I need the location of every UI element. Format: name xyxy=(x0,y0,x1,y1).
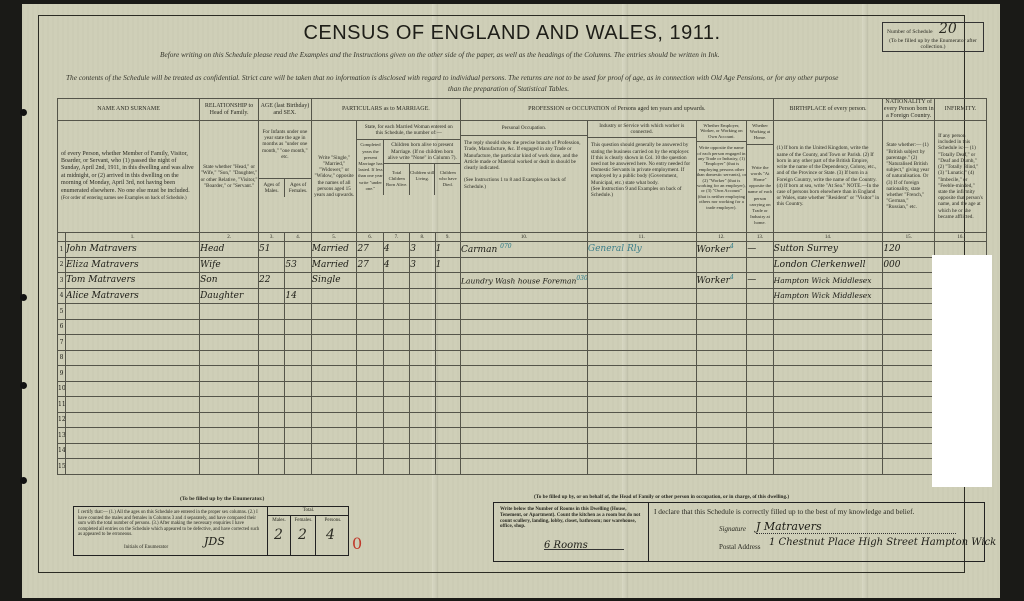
row-number: 8 xyxy=(58,350,66,366)
occupation: Laundry Wash house Foreman030 xyxy=(461,273,588,289)
red-code: 120 xyxy=(883,242,935,258)
children-died: 1 xyxy=(435,242,460,258)
children-living: 3 xyxy=(410,242,435,258)
table-row: 3 Tom Matravers Son 22 Single Laundry Wa… xyxy=(58,273,987,289)
colnum: 10. xyxy=(461,233,588,242)
at-home xyxy=(747,288,773,304)
married-woman-label: State, for each Married Woman entered on… xyxy=(357,121,460,140)
industry xyxy=(587,257,696,273)
employer-status xyxy=(696,257,747,273)
row-number: 13 xyxy=(58,428,66,444)
instruction-ink: Before writing on this Schedule please r… xyxy=(160,50,719,59)
punch-hole xyxy=(20,477,27,484)
personal-occupation-text: The reply should show the precise branch… xyxy=(464,140,581,171)
nationality-description: State whether:— (1) "British subject by … xyxy=(883,121,935,233)
header-birthplace: BIRTHPLACE of every person. xyxy=(773,99,883,121)
children-living xyxy=(410,288,435,304)
table-row: 1 John Matravers Head 51 Married 27 4 3 … xyxy=(58,242,987,258)
header-age: AGE (last Birthday) and SEX. xyxy=(259,99,312,121)
table-row: 7 xyxy=(58,335,987,351)
signature-label: Signature xyxy=(719,525,746,533)
at-home xyxy=(747,257,773,273)
males-total: 2 xyxy=(274,533,283,539)
row-number: 4 xyxy=(58,288,66,304)
punch-hole xyxy=(20,109,27,116)
row-number: 7 xyxy=(58,335,66,351)
marital-status: Married xyxy=(311,242,357,258)
years-married: 27 xyxy=(357,257,383,273)
occupation-code: 030 xyxy=(576,275,587,282)
years-married xyxy=(357,273,383,289)
table-row: 13 xyxy=(58,428,987,444)
totals-section: Total. Males. Females. Persons. 2 2 4 xyxy=(267,507,349,555)
enumerator-certification-box: I certify that:— (1.) All the ages on th… xyxy=(73,506,349,556)
age-male: 51 xyxy=(259,242,285,258)
schedule-number-value: 20 xyxy=(939,21,957,37)
postal-address-value: 1 Chestnut Place High Street Hampton Wic… xyxy=(769,537,996,548)
occupation xyxy=(461,288,588,304)
colnum: 2. xyxy=(200,233,259,242)
household-caption: (To be filled up by, or on behalf of, th… xyxy=(534,494,789,500)
age-female: 14 xyxy=(285,288,311,304)
industry-label: Industry or Service with which worker is… xyxy=(588,121,696,138)
punch-hole xyxy=(20,382,27,389)
children-born xyxy=(383,288,409,304)
instruction-statistical: than the preparation of Statistical Tabl… xyxy=(448,84,569,93)
schedule-number-box: Number of Schedule 20 (To be filled up b… xyxy=(882,22,984,52)
name-note-text: (For order of entering names see Example… xyxy=(61,196,187,201)
industry-description: Industry or Service with which worker is… xyxy=(587,121,696,233)
age-female xyxy=(285,273,311,289)
colnum: 3. xyxy=(259,233,285,242)
children-label: Children born alive to present Marriage.… xyxy=(384,140,460,164)
colnum: 11. xyxy=(587,233,696,242)
females-total: 2 xyxy=(298,533,307,539)
birthplace: Hampton Wick Middlesex xyxy=(773,288,883,304)
initials-label: Initials of Enumerator xyxy=(124,545,168,551)
row-number: 9 xyxy=(58,366,66,382)
married-woman-section: State, for each Married Woman entered on… xyxy=(357,121,461,233)
age-male xyxy=(259,288,285,304)
table-row: 10 xyxy=(58,381,987,397)
marital-status: Single xyxy=(311,273,357,289)
personal-occupation-label: Personal Occupation. xyxy=(461,121,587,136)
schedule-number-label: Number of Schedule xyxy=(887,29,933,35)
children-living xyxy=(410,273,435,289)
employer-label: Whether Employer, Worker, or Working on … xyxy=(697,121,747,142)
relationship: Head xyxy=(200,242,259,258)
row-number: 12 xyxy=(58,412,66,428)
industry: General Rly xyxy=(587,242,696,258)
rooms-box: Write below the Number of Rooms in this … xyxy=(494,503,649,561)
children-born: 4 xyxy=(383,257,409,273)
colnum: 8. xyxy=(410,233,435,242)
employer-description: Whether Employer, Worker, or Working on … xyxy=(696,121,747,233)
children-born: 4 xyxy=(383,242,409,258)
red-code: 000 xyxy=(883,257,935,273)
census-table: NAME AND SURNAME RELATIONSHIP to Head of… xyxy=(57,98,987,475)
children-died: 1 xyxy=(435,257,460,273)
table-row: 4 Alice Matravers Daughter 14 Hampton Wi… xyxy=(58,288,987,304)
person-name: John Matravers xyxy=(66,242,200,258)
person-name: Alice Matravers xyxy=(66,288,200,304)
birthplace-description: (1) If born in the United Kingdom, write… xyxy=(773,121,883,233)
table-row: 8 xyxy=(58,350,987,366)
children-died xyxy=(435,273,460,289)
children-died xyxy=(435,288,460,304)
occupation-text: Carman xyxy=(461,245,497,255)
row-number: 5 xyxy=(58,304,66,320)
instruction-confidential: The contents of the Schedule will be tre… xyxy=(66,73,838,82)
industry xyxy=(587,288,696,304)
row-number: 10 xyxy=(58,381,66,397)
name-description: of every Person, whether Member of Famil… xyxy=(58,121,200,233)
table-row: 14 xyxy=(58,443,987,459)
postal-address-label: Postal Address xyxy=(719,543,760,551)
relationship-description: State whether "Head," or "Wife," "Son," … xyxy=(200,121,259,233)
header-infirmity: INFIRMITY. xyxy=(935,99,987,121)
home-label: Whether Working at Home. xyxy=(747,121,772,145)
children-total-label: Total Children Born Alive. xyxy=(384,164,410,195)
header-name: NAME AND SURNAME xyxy=(58,99,200,121)
children-living: 3 xyxy=(410,257,435,273)
home-description: Whether Working at Home. Write the words… xyxy=(747,121,773,233)
employer-status xyxy=(696,288,747,304)
row-number: 2 xyxy=(58,257,66,273)
age-males-label: Ages of Males. xyxy=(259,179,285,197)
employer-text: Worker xyxy=(697,245,730,255)
children-died-label: Children who have Died. xyxy=(435,164,460,195)
relationship: Wife xyxy=(200,257,259,273)
relationship: Son xyxy=(200,273,259,289)
personal-occupation-description: Personal Occupation. The reply should sh… xyxy=(461,121,588,233)
personal-occupation-note: (See Instructions 1 to 8 and Examples on… xyxy=(464,177,566,189)
children-living-label: Children still Living. xyxy=(410,164,436,195)
table-row: 5 xyxy=(58,304,987,320)
colnum: 13. xyxy=(747,233,773,242)
table-row: 9 xyxy=(58,366,987,382)
certification-text: I certify that:— (1.) All the ages on th… xyxy=(78,510,263,538)
relationship: Daughter xyxy=(200,288,259,304)
table-row: 15 xyxy=(58,459,987,475)
occupation xyxy=(461,257,588,273)
years-married-label: Completed years the present Marriage has… xyxy=(357,140,384,194)
age-female xyxy=(285,242,311,258)
home-text: Write the words "At Home" opposite the n… xyxy=(748,165,773,226)
person-name: Tom Matravers xyxy=(66,273,200,289)
age-description: For Infants under one year state the age… xyxy=(259,121,312,233)
birthplace: London Clerkenwell xyxy=(773,257,883,273)
declaration-text: I declare that this Schedule is correctl… xyxy=(654,507,914,516)
enumerator-caption: (To be filled up by the Enumerator.) xyxy=(180,496,264,502)
enumerator-initials: JDS xyxy=(204,539,225,545)
table-row: 2 Eliza Matravers Wife 53 Married 27 4 3… xyxy=(58,257,987,273)
colnum: 16. xyxy=(935,233,987,242)
red-code xyxy=(883,288,935,304)
employer-status: Worker4 xyxy=(696,242,747,258)
redacted-area xyxy=(932,255,992,487)
marital-status xyxy=(311,288,357,304)
row-number: 15 xyxy=(58,459,66,475)
age-male xyxy=(259,257,285,273)
header-occupation: PROFESSION or OCCUPATION of Persons aged… xyxy=(461,99,774,121)
schedule-number-note: (To be filled up by the Enumerator after… xyxy=(887,38,979,50)
household-declaration-box: Write below the Number of Rooms in this … xyxy=(493,502,985,562)
row-number: 6 xyxy=(58,319,66,335)
colnum: 4. xyxy=(285,233,311,242)
page-title: CENSUS OF ENGLAND AND WALES, 1911. xyxy=(0,22,1024,45)
colnum: 5. xyxy=(311,233,357,242)
row-number: 11 xyxy=(58,397,66,413)
industry xyxy=(587,273,696,289)
occupation: Carman 070 xyxy=(461,242,588,258)
employer-text: Worker xyxy=(697,276,730,286)
at-home: — xyxy=(747,242,773,258)
row-number: 3 xyxy=(58,273,66,289)
colnum: 14. xyxy=(773,233,883,242)
colnum: 15. xyxy=(883,233,935,242)
occupation-code: 070 xyxy=(500,243,511,250)
at-home: — xyxy=(747,273,773,289)
age-male: 22 xyxy=(259,273,285,289)
header-nationality: NATIONALITY of every Person born in a Fo… xyxy=(883,99,935,121)
years-married xyxy=(357,288,383,304)
age-females-label: Ages of Females. xyxy=(285,179,310,197)
red-code xyxy=(883,273,935,289)
colnum: 12. xyxy=(696,233,747,242)
birthplace: Hampton Wick Middlesex xyxy=(773,273,883,289)
industry-note: (See Instruction 9 and Examples on back … xyxy=(591,186,682,198)
colnum: 7. xyxy=(383,233,409,242)
employer-code: 4 xyxy=(730,243,734,250)
employer-text: Write opposite the name of each person e… xyxy=(697,145,747,209)
industry-text: This question should generally be answer… xyxy=(591,142,690,185)
rooms-count: 6 Rooms xyxy=(544,543,624,550)
marriage-description: Write "Single," "Married," "Widower," or… xyxy=(311,121,357,233)
table-row: 12 xyxy=(58,412,987,428)
colnum: 9. xyxy=(435,233,460,242)
years-married: 27 xyxy=(357,242,383,258)
table-row: 6 xyxy=(58,319,987,335)
colnum: 6. xyxy=(357,233,383,242)
children-born xyxy=(383,273,409,289)
signature-value: J Matravers xyxy=(756,520,956,534)
occupation-text: Laundry Wash house Foreman xyxy=(461,277,576,286)
employer-status: Worker4 xyxy=(696,273,747,289)
birthplace: Sutton Surrey xyxy=(773,242,883,258)
person-name: Eliza Matravers xyxy=(66,257,200,273)
header-relationship: RELATIONSHIP to Head of Family. xyxy=(200,99,259,121)
colnum: 1. xyxy=(66,233,200,242)
males-label: Males. xyxy=(268,518,290,524)
age-desc-text: For Infants under one year state the age… xyxy=(262,129,308,160)
employer-code: 4 xyxy=(730,274,734,281)
age-female: 53 xyxy=(285,257,311,273)
name-desc-text: of every Person, whether Member of Famil… xyxy=(61,151,194,194)
persons-total: 4 xyxy=(326,533,335,539)
infirmity-description: If any person included in this Schedule … xyxy=(935,121,987,233)
rooms-instruction: Write below the Number of Rooms in this … xyxy=(494,503,648,534)
table-row: 11 xyxy=(58,397,987,413)
red-check-mark: 0 xyxy=(352,534,362,553)
punch-hole xyxy=(20,294,27,301)
header-marriage: PARTICULARS as to MARRIAGE. xyxy=(311,99,460,121)
column-numbers-row: 1. 2. 3. 4. 5. 6. 7. 8. 9. 10. 11. 12. 1… xyxy=(58,233,987,242)
marital-status: Married xyxy=(311,257,357,273)
row-number: 1 xyxy=(58,242,66,258)
row-number: 14 xyxy=(58,443,66,459)
